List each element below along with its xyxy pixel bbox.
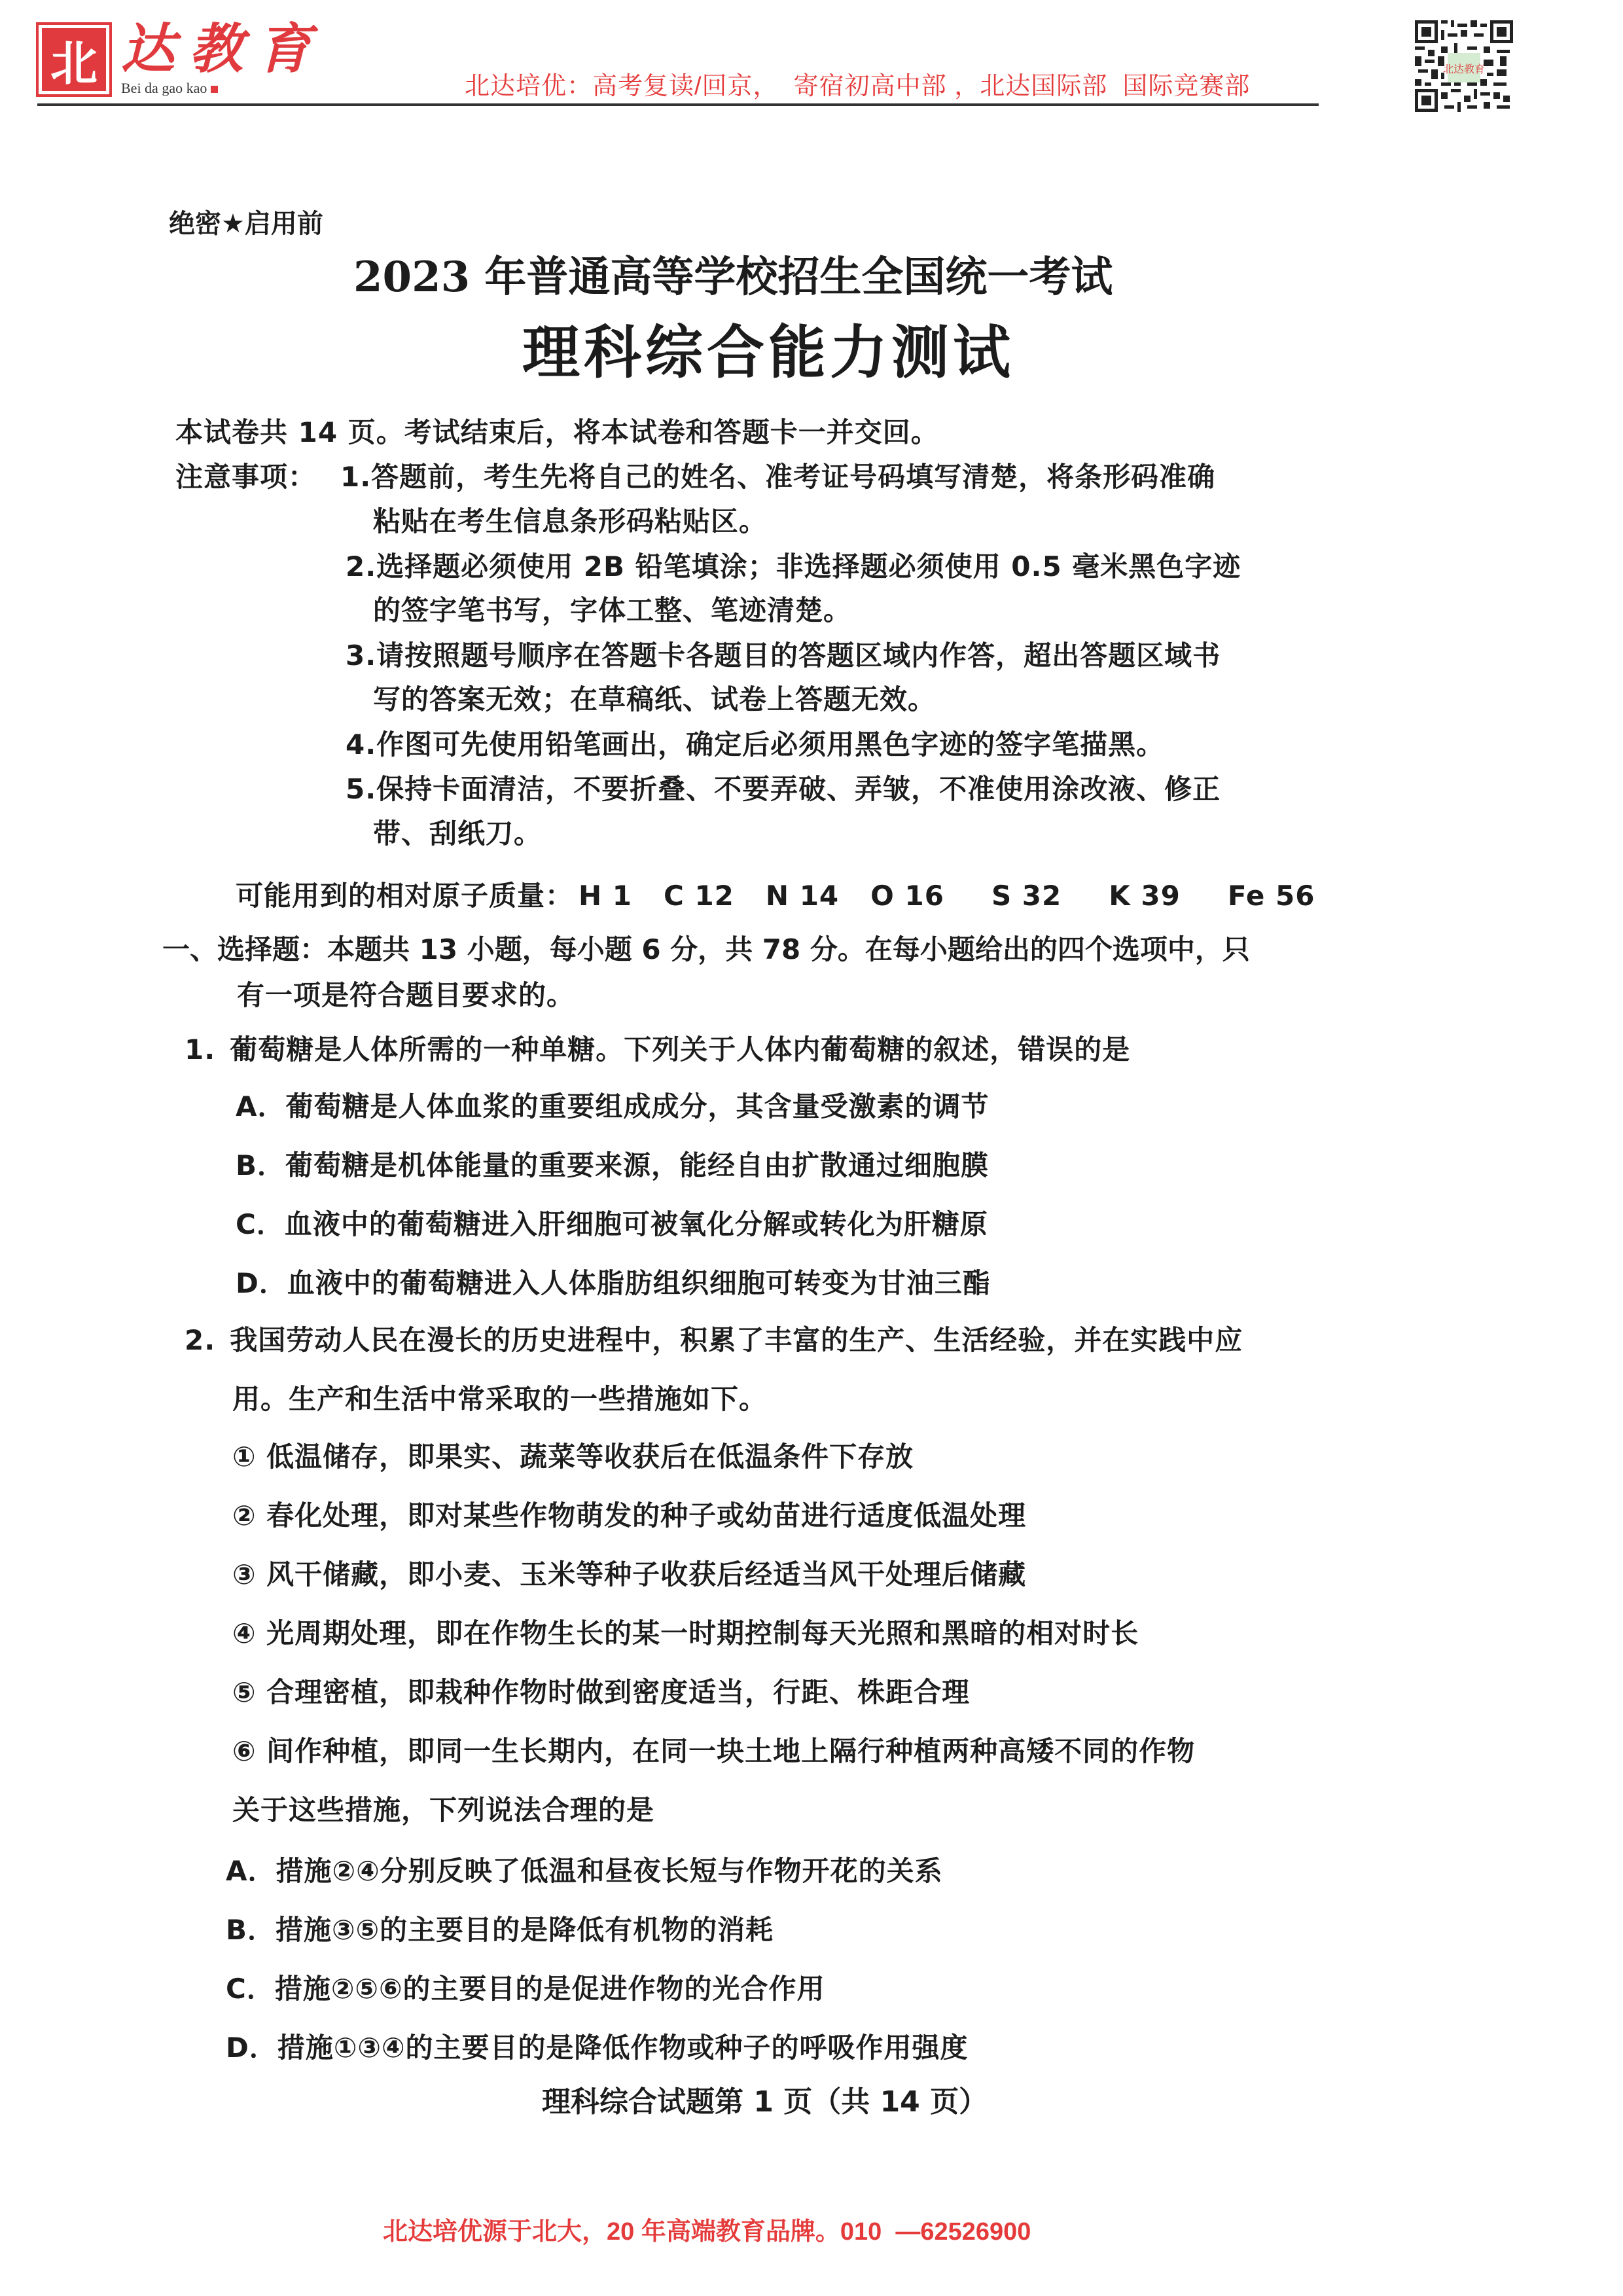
question-2-prompt: 关于这些措施，下列说法合理的是 — [232, 1797, 654, 1824]
exam-subtitle: 理科综合能力测试 — [522, 324, 1014, 382]
page-number-footer: 理科综合试题第 1 页（共 14 页） — [542, 2088, 988, 2117]
question-1-option-c: C．血液中的葡萄糖进入肝细胞可被氧化分解或转化为肝糖原 — [236, 1211, 988, 1238]
note-5-line-1: 5.保持卡面清洁，不要折叠、不要弄破、弄皱，不准使用涂改液、修正 — [346, 776, 1221, 803]
question-2-stem-line-1: 我国劳动人民在漫长的历史进程中，积累了丰富的生产、生活经验，并在实践中应 — [230, 1324, 1243, 1356]
question-2-option-d: D．措施①③④的主要目的是降低作物或种子的呼吸作用强度 — [226, 2034, 969, 2062]
question-2-option-c: C．措施②⑤⑥的主要目的是促进作物的光合作用 — [226, 1975, 825, 2003]
note-3-line-2: 写的答案无效；在草稿纸、试卷上答题无效。 — [373, 686, 936, 713]
question-2-stem-line-2: 用。生产和生活中常采取的一些措施如下。 — [232, 1386, 767, 1413]
note-1-line-1: 1.答题前，考生先将自己的姓名、准考证号码填写清楚，将条形码准确 — [340, 463, 1215, 491]
atomic-mass-h: H 1 — [579, 880, 632, 912]
question-2-option-b: B．措施③⑤的主要目的是降低有机物的消耗 — [226, 1916, 774, 1944]
question-1-stem: 葡萄糖是人体所需的一种单糖。下列关于人体内葡萄糖的叙述，错误的是 — [230, 1033, 1130, 1066]
qr-center-text: 北达教育 — [1443, 63, 1485, 75]
bottom-banner: 北达培优源于北大，20 年高端教育品牌。010 —62526900 — [383, 2211, 1031, 2247]
atomic-mass-fe: Fe 56 — [1228, 880, 1315, 912]
question-2-number: 2. — [185, 1324, 215, 1356]
header-divider — [37, 103, 1319, 106]
atomic-mass-s: S 32 — [991, 880, 1061, 912]
section-heading-line-2: 有一项是符合题目要求的。 — [237, 982, 575, 1009]
note-5-line-2: 带、刮纸刀。 — [373, 820, 542, 848]
question-2: 2.我国劳动人民在漫长的历史进程中，积累了丰富的生产、生活经验，并在实践中应 — [185, 1327, 1243, 1354]
question-2-option-a: A．措施②④分别反映了低温和昼夜长短与作物开花的关系 — [226, 1857, 943, 1885]
measure-4: ④ 光周期处理，即在作物生长的某一时期控制每天光照和黑暗的相对时长 — [232, 1620, 1139, 1647]
measure-3: ③ 风干储藏，即小麦、玉米等种子收获后经适当风干处理后储藏 — [232, 1561, 1026, 1588]
measure-1: ① 低温储存，即果实、蔬菜等收获后在低温条件下存放 — [232, 1443, 914, 1471]
intro-text: 本试卷共 14 页。考试结束后，将本试卷和答题卡一并交回。 — [175, 419, 939, 446]
atomic-mass-o: O 16 — [870, 880, 944, 912]
atomic-mass-n: N 14 — [766, 880, 839, 912]
question-1-option-a: A．葡萄糖是人体血浆的重要组成成分，其含量受激素的调节 — [236, 1093, 990, 1121]
brand-logo: 北 达教育 Bei da gao kao — [29, 20, 396, 92]
atomic-mass-row: 可能用到的相对原子质量：H 1C 12N 14O 16S 32K 39Fe 56 — [236, 882, 1315, 910]
note-3-line-1: 3.请按照题号顺序在答题卡各题目的答题区域内作答，超出答题区域书 — [346, 642, 1221, 670]
question-1-number: 1. — [185, 1033, 215, 1066]
atomic-mass-label: 可能用到的相对原子质量： — [236, 880, 573, 912]
question-1: 1.葡萄糖是人体所需的一种单糖。下列关于人体内葡萄糖的叙述，错误的是 — [185, 1036, 1130, 1064]
red-square-icon — [211, 86, 218, 93]
note-2-line-2: 的签字笔书写，字体工整、笔迹清楚。 — [373, 597, 851, 624]
atomic-mass-k: K 39 — [1109, 880, 1181, 912]
note-4-line-1: 4.作图可先使用铅笔画出，确定后必须用黑色字迹的签字笔描黑。 — [346, 731, 1164, 759]
secrecy-label: 绝密★启用前 — [169, 211, 323, 237]
measure-2: ② 春化处理，即对某些作物萌发的种子或幼苗进行适度低温处理 — [232, 1502, 1026, 1530]
question-1-option-d: D．血液中的葡萄糖进入人体脂肪组织细胞可转变为甘油三酯 — [236, 1270, 991, 1297]
exam-title: 2023 年普通高等学校招生全国统一考试 — [353, 257, 1113, 298]
logo-subtitle-text: Bei da gao kao — [121, 80, 207, 96]
logo-seal: 北 — [36, 22, 112, 97]
measure-5: ⑤ 合理密植，即栽种作物时做到密度适当，行距、株距合理 — [232, 1679, 970, 1706]
atomic-mass-c: C 12 — [664, 880, 734, 912]
note-1-line-2: 粘贴在考生信息条形码粘贴区。 — [373, 508, 767, 535]
header-slogan: 北达培优：高考复读/回京， 寄宿初高中部 ，北达国际部 国际竞赛部 — [465, 65, 1250, 101]
qr-code-icon: 北达教育 — [1412, 17, 1516, 115]
question-1-option-b: B．葡萄糖是机体能量的重要来源，能经自由扩散通过细胞膜 — [236, 1152, 989, 1179]
note-2-line-1: 2.选择题必须使用 2B 铅笔填涂；非选择题必须使用 0.5 毫米黑色字迹 — [346, 553, 1241, 581]
notes-label: 注意事项： — [175, 463, 316, 491]
measure-6: ⑥ 间作种植，即同一生长期内，在同一块土地上隔行种植两种高矮不同的作物 — [232, 1738, 1195, 1765]
logo-subtitle: Bei da gao kao — [121, 80, 218, 97]
logo-name: 达教育 — [121, 20, 325, 79]
section-heading-line-1: 一、选择题：本题共 13 小题，每小题 6 分，共 78 分。在每小题给出的四个… — [162, 936, 1250, 963]
